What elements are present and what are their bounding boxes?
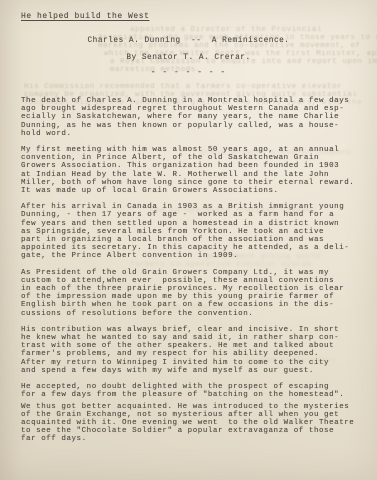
paragraph: His contribution was always brief, clear… [21,326,363,375]
separator-dashes: - - - - - - - [0,68,377,77]
ghost-text-line: appointed a Director of the Provincial [130,26,322,34]
paragraph: The death of Charles A. Dunning in a Mon… [21,97,363,138]
ghost-text-line: His Commission recommended that a farmer… [24,83,342,91]
paragraph: After his arrival in Canada in 1903 as a… [21,203,363,260]
document-body: The death of Charles A. Dunning in a Mon… [21,97,363,444]
document-headline: He helped build the West [21,12,149,21]
paragraph: As President of the old Grain Growers Co… [21,269,363,318]
document-byline: By Senator T. A. Crerar. [0,54,377,62]
document-page: appointed a Director of the ProvincialAs… [0,0,377,480]
paragraph: He accepted, no doubt delighted with the… [21,383,363,399]
paragraph: We thus got better acquainted. He was in… [21,403,363,444]
paragraph: My first meeting with him was almost 50 … [21,146,363,195]
document-title: Charles A. Dunning -- A Reminiscence. [0,37,377,45]
